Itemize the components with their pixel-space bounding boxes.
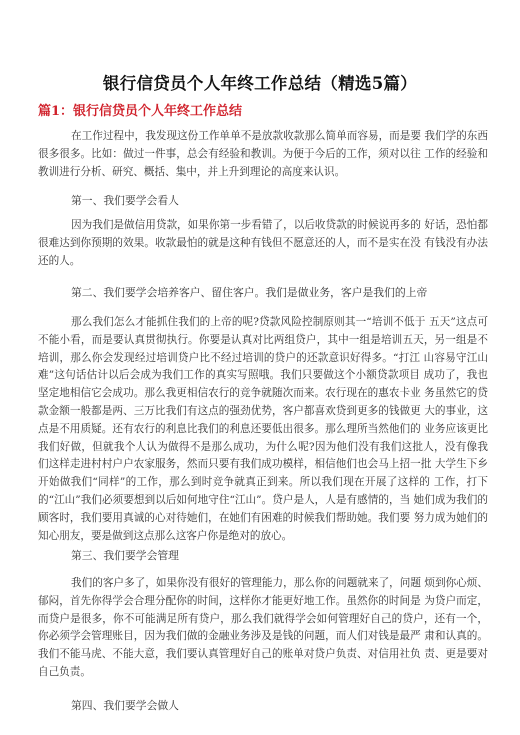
heading-fourth: 第四、我们要学会做人	[71, 698, 179, 714]
heading-first: 第一、我们要学会看人	[71, 193, 179, 209]
intro-paragraph: 在工作过程中，我发现这份工作单单不是放款收款那么简单而容易，而是要 我们学的东西…	[38, 128, 488, 181]
document-page: 银行信贷员个人年终工作总结（精选5篇） 篇1：银行信贷员个人年终工作总结 在工作…	[0, 0, 520, 735]
paragraph-third: 我们的客户多了，如果你没有很好的管理能力，那么你的问题就来了，问题 烦到你心烦、…	[38, 575, 488, 682]
section-title: 篇1：银行信贷员个人年终工作总结	[38, 100, 242, 119]
heading-third: 第三、我们要学会管理	[71, 548, 179, 564]
paragraph-first: 因为我们是做信用贷款，如果你第一步看错了，以后收贷款的时候说再多的 好话，恐怕都…	[38, 217, 488, 270]
paragraph-second: 那么我们怎么才能抓住我们的上帝的呢?贷款风险控制原则其一“培训不低于 五天”这点…	[38, 314, 488, 545]
heading-second: 第二、我们要学会培养客户、留住客户。我们是做业务，客户是我们的上帝	[71, 285, 427, 301]
document-title: 银行信贷员个人年终工作总结（精选5篇）	[0, 70, 520, 94]
